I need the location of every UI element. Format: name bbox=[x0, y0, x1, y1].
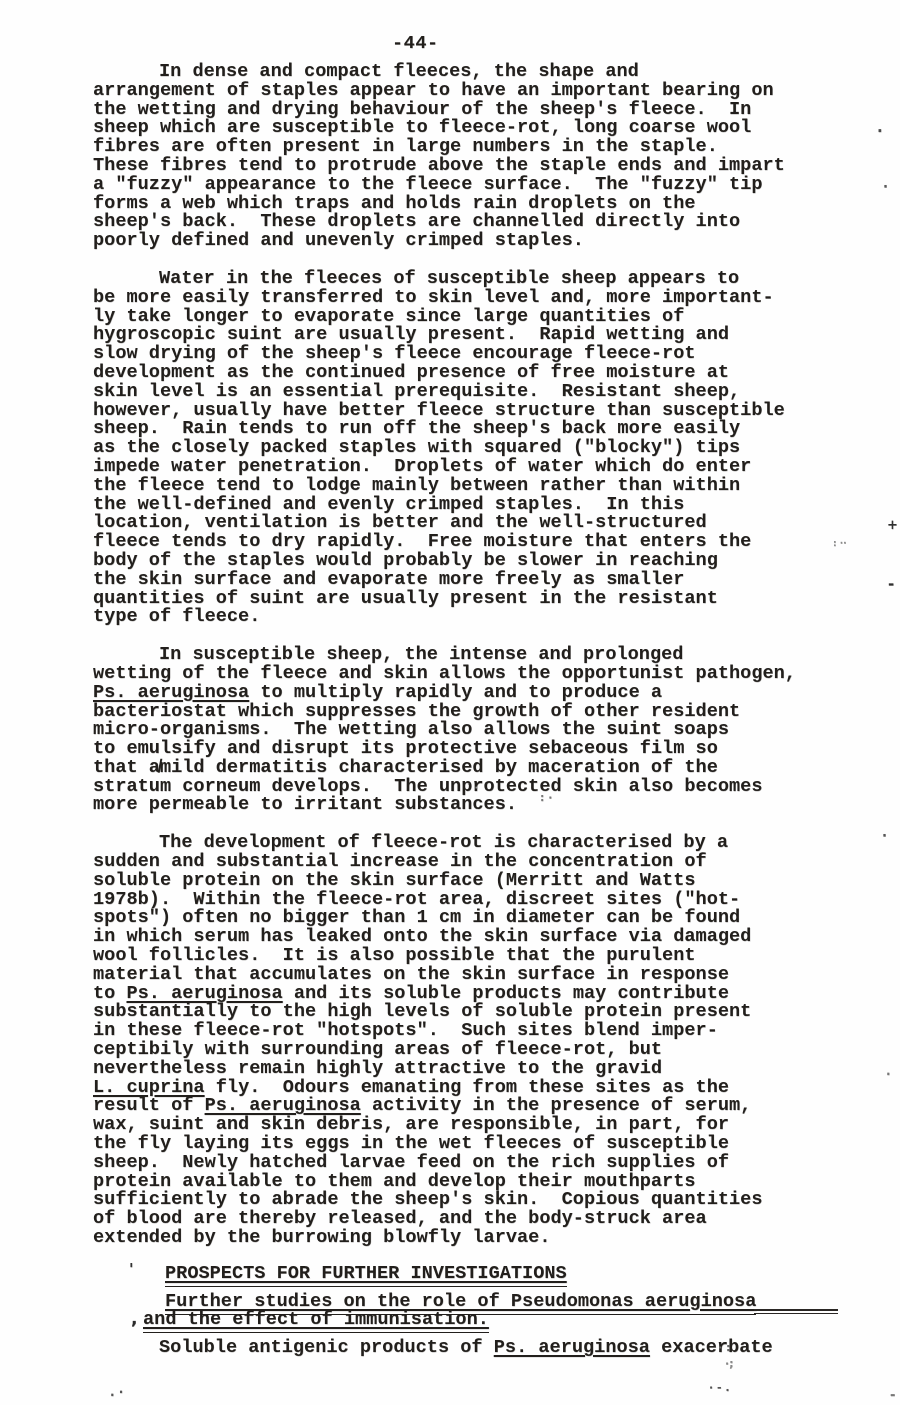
scan-speck: · : bbox=[718, 1342, 730, 1353]
scan-speck: · - . bbox=[709, 1382, 730, 1393]
scan-speck: · bbox=[877, 124, 883, 139]
scan-speck: ' bbox=[129, 1262, 134, 1277]
scan-speck: : ·· bbox=[833, 540, 847, 549]
paragraph: Soluble antigenic products of Ps. aerugi… bbox=[93, 1339, 853, 1358]
scan-speck: - bbox=[890, 1389, 895, 1402]
scan-speck: · bbox=[886, 1068, 891, 1080]
section-heading: PROSPECTS FOR FURTHER INVESTIGATIONS bbox=[165, 1265, 853, 1284]
scan-speck: - bbox=[888, 577, 894, 592]
scan-speck: · bbox=[882, 830, 887, 843]
text-line: type of fleece. bbox=[93, 608, 853, 627]
text-line: poorly defined and unevenly crimped stap… bbox=[93, 232, 853, 251]
paragraph: In dense and compact fleeces, the shape … bbox=[93, 63, 853, 251]
underlined-term: Ps. aeruginosa bbox=[494, 1337, 650, 1358]
text-line: more permeable to irritant substances. bbox=[93, 796, 853, 815]
heading-line: PROSPECTS FOR FURTHER INVESTIGATIONS bbox=[165, 1265, 853, 1284]
scan-speck: : · bbox=[540, 792, 552, 803]
scan-speck: ·; bbox=[725, 1358, 734, 1369]
scan-speck: · bbox=[883, 181, 888, 194]
paragraph: The development of fleece-rot is charact… bbox=[93, 834, 853, 1248]
text-line: Soluble antigenic products of Ps. aerugi… bbox=[93, 1339, 853, 1358]
page-number: -44- bbox=[392, 33, 439, 54]
scan-speck: . · bbox=[110, 1386, 123, 1398]
scan-speck: + bbox=[887, 519, 898, 532]
scan-speck: ˙ · bbox=[466, 784, 478, 794]
paragraph: Water in the fleeces of susceptible shee… bbox=[93, 270, 853, 627]
scan-speck: , bbox=[131, 1311, 137, 1328]
document-text: In dense and compact fleeces, the shape … bbox=[93, 63, 853, 1358]
document-page: -44- In dense and compact fleeces, the s… bbox=[0, 0, 900, 1405]
text-line: extended by the burrowing blowfly larvae… bbox=[93, 1229, 853, 1248]
heading-underline-rule bbox=[754, 1309, 838, 1314]
